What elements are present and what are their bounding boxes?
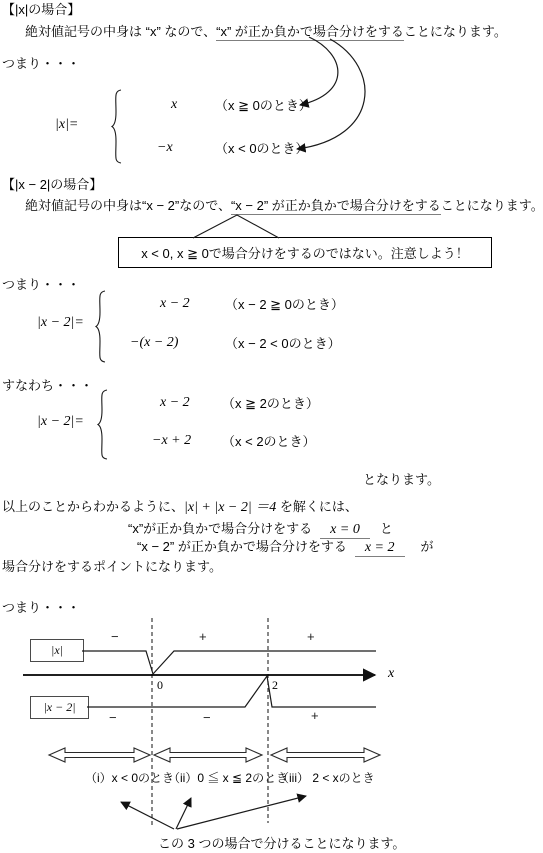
abs-x-para-pre: 絶対値記号の中身は “x” なので、 bbox=[25, 24, 216, 39]
summary-line3-post: が bbox=[421, 539, 434, 554]
sign-bottom-middle: − bbox=[203, 711, 211, 724]
axis-tick-0: 0 bbox=[157, 677, 163, 693]
brace-abs-x bbox=[112, 90, 121, 163]
abs-x-legend-label: |x| bbox=[51, 643, 63, 658]
case-label-iii: （iii） 2 < xのとき bbox=[277, 771, 375, 785]
abs-xm2-def1-case1-cond: （x − 2 ≧ 0のとき） bbox=[225, 297, 344, 313]
abs-xm2-tsumari-label: つまり・・・ bbox=[2, 277, 80, 293]
case-arrow-middle bbox=[176, 798, 191, 829]
curved-arrow-to-case1 bbox=[300, 37, 338, 105]
abs-xm2-def2-case2-cond: （x < 2のとき） bbox=[222, 434, 316, 450]
summary-line2: “x”が正か負かで場合分けをするx = 0と bbox=[128, 521, 393, 538]
summary-line4: 場合分けをするポイントになります。 bbox=[2, 559, 222, 575]
interval-arrow-iii bbox=[271, 748, 380, 762]
abs-xm2-sunawachi-label: すなわち・・・ bbox=[2, 378, 93, 394]
sign-top-middle: + bbox=[199, 630, 207, 643]
abs-x-case1-cond: （x ≧ 0のとき） bbox=[215, 98, 312, 114]
summary-line1-equation: |x| + |x − 2| ＝4 bbox=[184, 500, 276, 515]
abs-x-sign-curve bbox=[82, 651, 376, 674]
abs-xm2-def2-case1-cond: （x ≧ 2のとき） bbox=[222, 396, 319, 412]
abs-xm2-sign-curve bbox=[87, 676, 376, 707]
abs-xm2-def1-lhs: |x − 2|= bbox=[37, 315, 84, 331]
summary-line1-post: を解くには、 bbox=[276, 499, 358, 514]
abs-x-para-post: ことになります。 bbox=[404, 24, 507, 39]
sign-top-right: + bbox=[307, 630, 315, 643]
section-abs-xm2-heading: 【|x − 2|の場合】 bbox=[2, 177, 102, 193]
abs-xm2-legend-label: |x − 2| bbox=[43, 700, 75, 715]
summary-line1: 以上のことからわかるように、|x| + |x − 2| ＝4 を解くには、 bbox=[2, 499, 358, 516]
curved-arrow-to-case2 bbox=[297, 39, 365, 149]
abs-xm2-def2-case2-expr: −x + 2 bbox=[152, 433, 191, 449]
caution-note-text: x < 0, x ≧ 0で場合分けをするのではない。注意しよう！ bbox=[141, 243, 469, 262]
summary-line2-value: x = 0 bbox=[320, 522, 370, 539]
abs-x-case1-expr: x bbox=[171, 97, 177, 113]
axis-tick-2: 2 bbox=[272, 677, 278, 693]
abs-xm2-para-pre: 絶対値記号の中身は“x − 2”なので、 bbox=[25, 198, 231, 213]
abs-xm2-closing-text: となります。 bbox=[363, 472, 440, 488]
abs-x-def-lhs: |x|= bbox=[55, 117, 78, 133]
abs-x-legend-box: |x| bbox=[30, 639, 84, 662]
brace-abs-xm2-def2 bbox=[98, 390, 107, 459]
abs-x-para-underlined: “x” が正か負かで場合分けをする bbox=[216, 24, 404, 41]
interval-arrow-ii bbox=[154, 748, 262, 762]
abs-xm2-def2-lhs: |x − 2|= bbox=[37, 414, 84, 430]
interval-arrow-i bbox=[49, 748, 150, 762]
abs-xm2-para-post: ことになります。 bbox=[441, 198, 543, 213]
case-arrow-right bbox=[177, 796, 306, 829]
case-label-i: （i）x < 0のとき bbox=[85, 771, 174, 785]
abs-xm2-def1-case2-expr: −(x − 2) bbox=[130, 335, 178, 351]
summary-line2-pre: “x”が正か負かで場合分けをする bbox=[128, 521, 312, 536]
section-abs-x-paragraph: 絶対値記号の中身は “x” なので、“x” が正か負かで場合分けをすることになり… bbox=[25, 24, 507, 40]
case-label-ii: （ii）0 ≦ x ≦ 2のとき bbox=[168, 771, 288, 785]
summary-line2-post: と bbox=[380, 521, 393, 536]
diagram-caption: この 3 つの場合で分けることになります。 bbox=[158, 836, 405, 852]
axis-label-x: x bbox=[388, 666, 394, 682]
section-abs-xm2-paragraph: 絶対値記号の中身は“x − 2”なので、“x − 2” が正か負かで場合分けをす… bbox=[25, 198, 543, 214]
abs-x-case2-cond: （x < 0のとき） bbox=[215, 141, 309, 157]
summary-line3-pre: “x − 2” が正か負かで場合分けをする bbox=[137, 539, 347, 554]
callout-pointer bbox=[193, 215, 279, 238]
brace-abs-xm2-def1 bbox=[96, 291, 105, 362]
caution-note-box: x < 0, x ≧ 0で場合分けをするのではない。注意しよう！ bbox=[118, 237, 492, 268]
sign-top-left: − bbox=[111, 630, 119, 643]
abs-xm2-def2-case1-expr: x − 2 bbox=[160, 395, 190, 411]
abs-xm2-legend-box: |x − 2| bbox=[30, 696, 89, 719]
abs-x-tsumari-label: つまり・・・ bbox=[2, 56, 80, 72]
summary-line3-value: x = 2 bbox=[355, 540, 405, 557]
abs-xm2-def1-case2-cond: （x − 2 < 0のとき） bbox=[225, 336, 341, 352]
case-arrow-left bbox=[121, 802, 174, 829]
sign-bottom-right: + bbox=[311, 709, 319, 722]
summary-line3: “x − 2” が正か負かで場合分けをするx = 2が bbox=[137, 539, 434, 556]
summary-line1-pre: 以上のことからわかるように、 bbox=[2, 499, 184, 514]
worksheet-page: 【|x|の場合】 絶対値記号の中身は “x” なので、“x” が正か負かで場合分… bbox=[0, 0, 543, 853]
diagram-tsumari-label: つまり・・・ bbox=[2, 600, 80, 616]
abs-x-case2-expr: −x bbox=[157, 140, 173, 156]
sign-bottom-left: − bbox=[109, 711, 117, 724]
abs-xm2-def1-case1-expr: x − 2 bbox=[160, 296, 190, 312]
section-abs-x-heading: 【|x|の場合】 bbox=[2, 2, 80, 18]
abs-xm2-para-underlined: “x − 2” が正か負かで場合分けをする bbox=[231, 198, 441, 215]
